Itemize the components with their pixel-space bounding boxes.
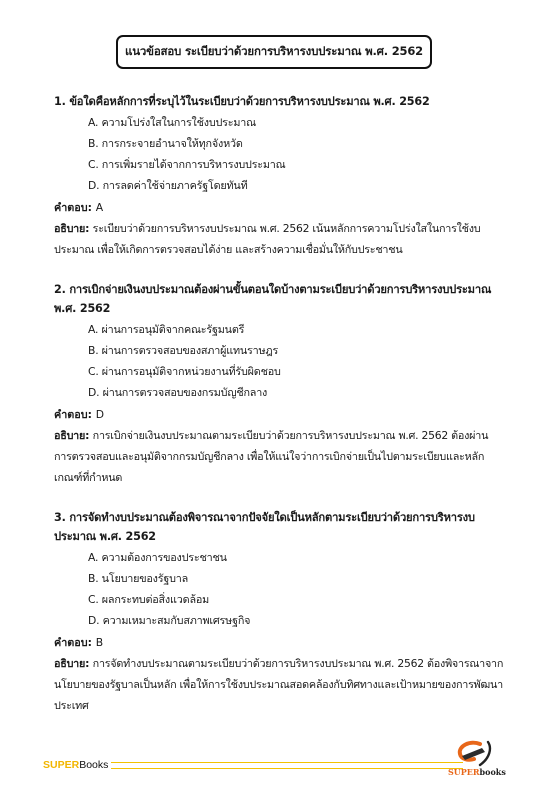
option-b: B. นโยบายของรัฐบาล [54, 568, 504, 589]
explanation: อธิบาย: การเบิกจ่ายเงินงบประมาณตามระเบีย… [54, 425, 504, 488]
logo-text: SUPERbooks [448, 767, 506, 777]
brand-super: SUPER [43, 759, 79, 771]
logo-super: SUPER [448, 767, 480, 777]
question-block-1: 1. ข้อใดคือหลักการที่ระบุไว้ในระเบียบว่า… [54, 92, 504, 260]
page-footer: SUPERBooks [43, 759, 463, 771]
explanation-label: อธิบาย: [54, 657, 93, 670]
option-d: D. การลดค่าใช้จ่ายภาครัฐโดยทันที [54, 175, 504, 196]
document-title-box: แนวข้อสอบ ระเบียบว่าด้วยการบริหารงบประมา… [116, 35, 432, 69]
footer-brand: SUPERBooks [43, 759, 108, 771]
option-c: C. ผ่านการอนุมัติจากหน่วยงานที่รับผิดชอบ [54, 361, 504, 382]
option-c: C. การเพิ่มรายได้จากการบริหารงบประมาณ [54, 154, 504, 175]
option-a: A. ความโปร่งใสในการใช้งบประมาณ [54, 112, 504, 133]
option-b: B. การกระจายอำนาจให้ทุกจังหวัด [54, 133, 504, 154]
explanation-text: ระเบียบว่าด้วยการบริหารงบประมาณ พ.ศ. 256… [54, 222, 480, 256]
question-list: 1. ข้อใดคือหลักการที่ระบุไว้ในระเบียบว่า… [54, 92, 504, 736]
book-swoosh-icon [452, 738, 498, 768]
footer-double-rule [111, 762, 463, 769]
superbooks-logo: SUPERbooks [448, 738, 524, 782]
answer-label: คำตอบ: [54, 408, 96, 421]
option-d: D. ผ่านการตรวจสอบของกรมบัญชีกลาง [54, 382, 504, 403]
explanation: อธิบาย: ระเบียบว่าด้วยการบริหารงบประมาณ … [54, 218, 504, 260]
answer-value: D [96, 408, 104, 421]
option-c: C. ผลกระทบต่อสิ่งแวดล้อม [54, 589, 504, 610]
answer-line: คำตอบ: D [54, 405, 504, 425]
document-title: แนวข้อสอบ ระเบียบว่าด้วยการบริหารงบประมา… [125, 43, 423, 61]
question-block-2: 2. การเบิกจ่ายเงินงบประมาณต้องผ่านขั้นตอ… [54, 280, 504, 488]
answer-label: คำตอบ: [54, 201, 96, 214]
option-d: D. ความเหมาะสมกับสภาพเศรษฐกิจ [54, 610, 504, 631]
answer-line: คำตอบ: A [54, 198, 504, 218]
answer-line: คำตอบ: B [54, 633, 504, 653]
brand-books: Books [79, 759, 108, 771]
explanation-label: อธิบาย: [54, 222, 93, 235]
question-text: 1. ข้อใดคือหลักการที่ระบุไว้ในระเบียบว่า… [54, 92, 504, 112]
option-a: A. ความต้องการของประชาชน [54, 547, 504, 568]
question-block-3: 3. การจัดทำงบประมาณต้องพิจารณาจากปัจจัยใ… [54, 508, 504, 716]
explanation-text: การจัดทำงบประมาณตามระเบียบว่าด้วยการบริห… [54, 657, 503, 712]
explanation: อธิบาย: การจัดทำงบประมาณตามระเบียบว่าด้ว… [54, 653, 504, 716]
option-a: A. ผ่านการอนุมัติจากคณะรัฐมนตรี [54, 319, 504, 340]
explanation-label: อธิบาย: [54, 429, 93, 442]
answer-label: คำตอบ: [54, 636, 96, 649]
question-text: 2. การเบิกจ่ายเงินงบประมาณต้องผ่านขั้นตอ… [54, 280, 504, 319]
explanation-text: การเบิกจ่ายเงินงบประมาณตามระเบียบว่าด้วย… [54, 429, 488, 484]
logo-books: books [480, 767, 506, 777]
answer-value: A [96, 201, 103, 214]
option-b: B. ผ่านการตรวจสอบของสภาผู้แทนราษฎร [54, 340, 504, 361]
answer-value: B [96, 636, 103, 649]
question-text: 3. การจัดทำงบประมาณต้องพิจารณาจากปัจจัยใ… [54, 508, 504, 547]
